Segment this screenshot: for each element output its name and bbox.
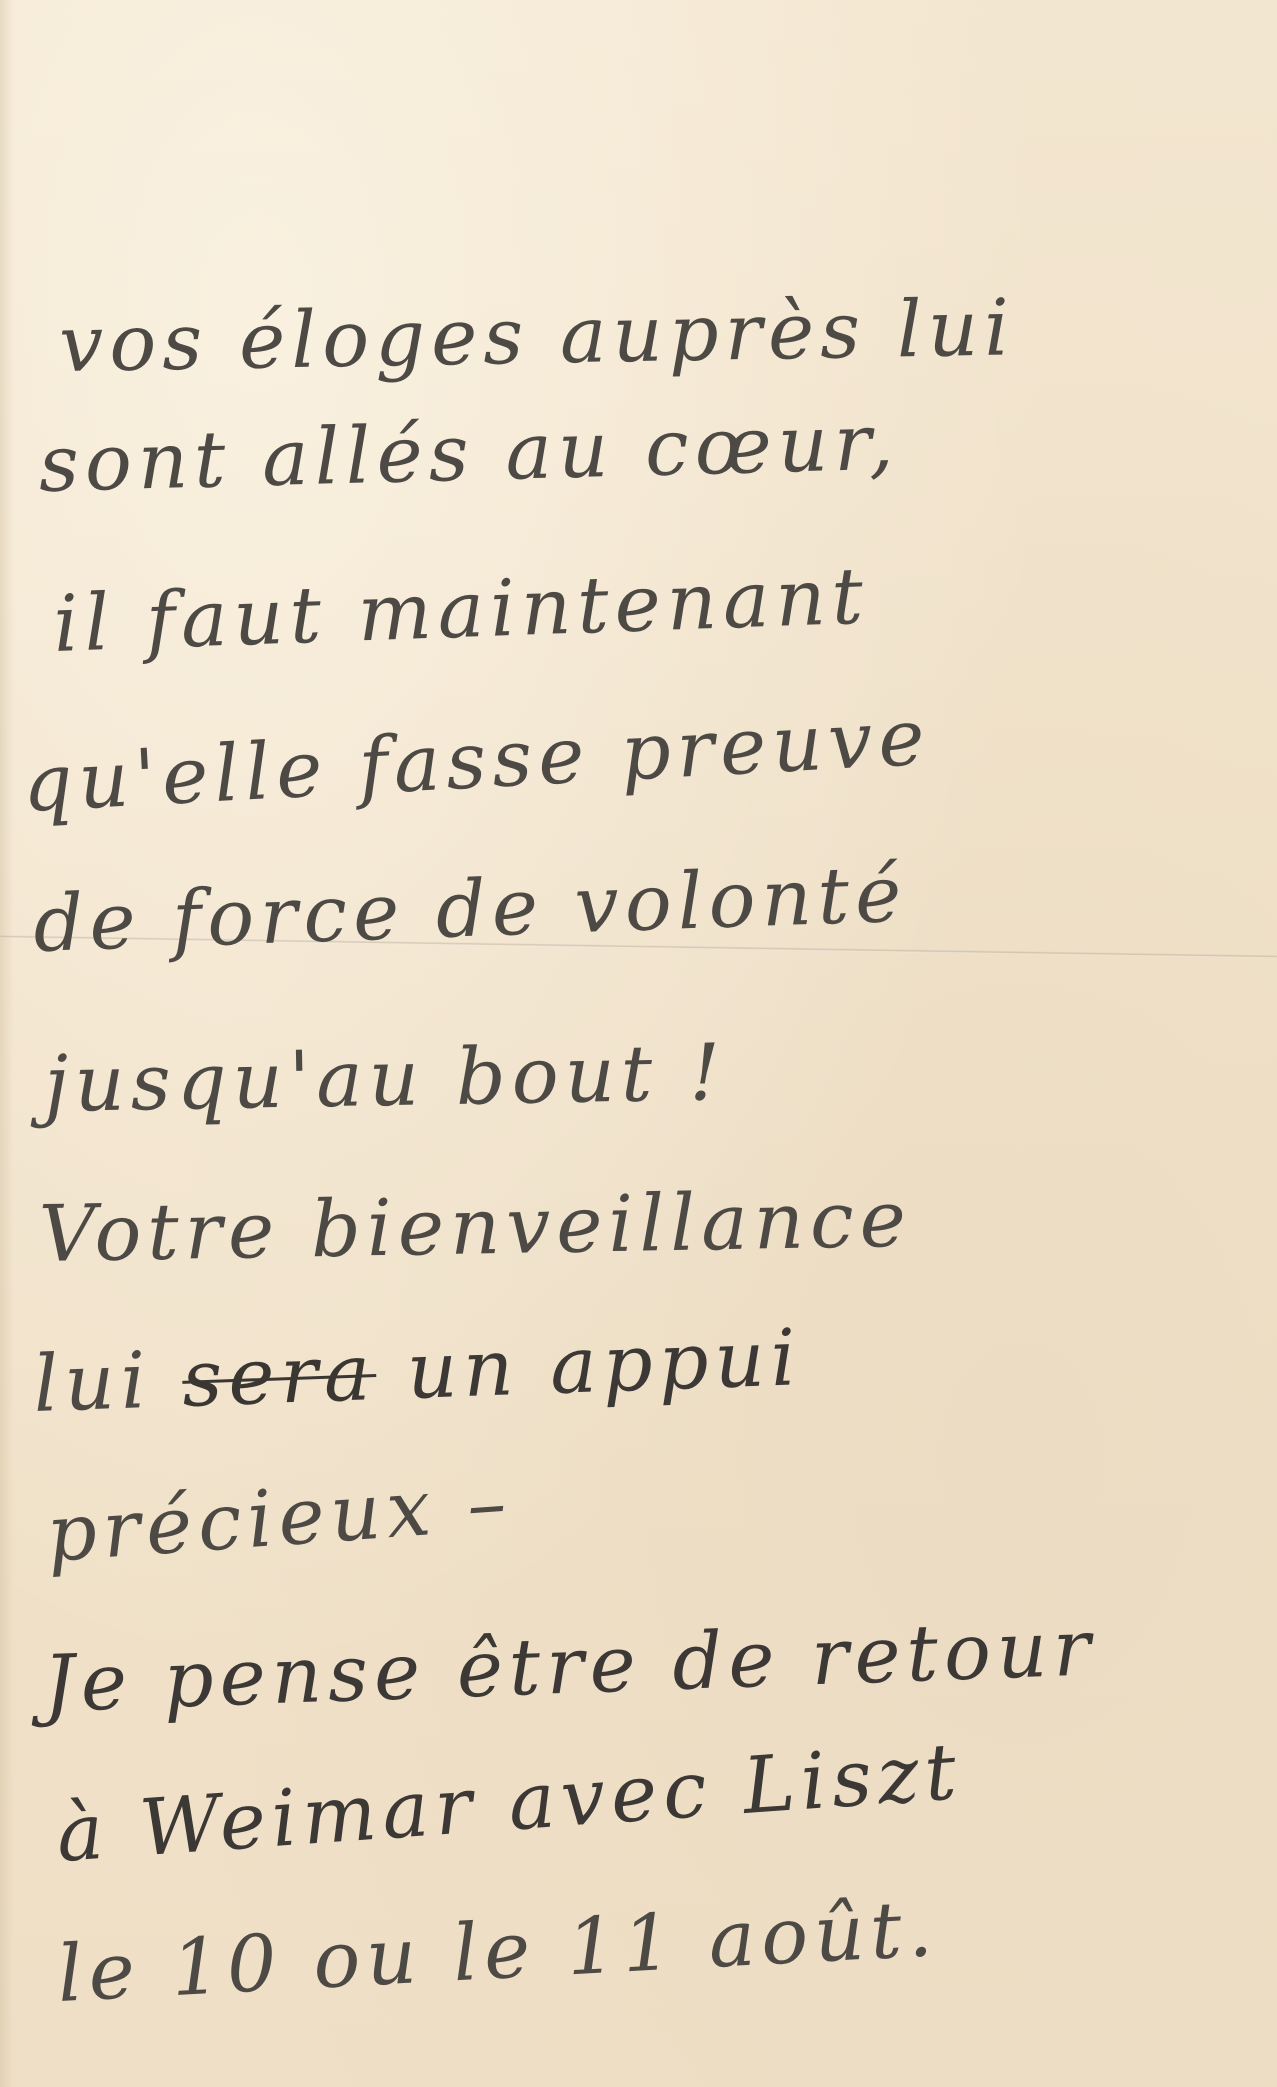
letter-line-5: de force de volonté bbox=[32, 850, 909, 970]
letter-line-10: Je pense être de retour bbox=[42, 1603, 1098, 1730]
letter-line-2: sont allés au cœur, bbox=[38, 397, 901, 510]
letter-line-12: le 10 ou le 11 août. bbox=[55, 1884, 940, 2020]
paper-edge-shadow bbox=[0, 0, 14, 2087]
letter-line-7: Votre bienveillance bbox=[38, 1175, 912, 1280]
letter-line-3: il faut maintenant bbox=[52, 552, 871, 670]
line-8-suffix: un appui bbox=[405, 1313, 803, 1417]
letter-line-1: vos éloges auprès lui bbox=[58, 283, 1015, 390]
letter-line-9: précieux – bbox=[44, 1458, 515, 1580]
letter-page: vos éloges auprès lui sont allés au cœur… bbox=[0, 0, 1277, 2087]
letter-line-6: jusqu'au bout ! bbox=[43, 1028, 727, 1130]
letter-line-8: lui sera un appui bbox=[32, 1313, 803, 1430]
corrected-word: sera bbox=[181, 1328, 378, 1425]
letter-line-4: qu'elle fasse preuve bbox=[20, 693, 932, 830]
line-8-prefix: lui bbox=[32, 1336, 153, 1430]
letter-line-11: à Weimar avec Liszt bbox=[54, 1727, 965, 1880]
